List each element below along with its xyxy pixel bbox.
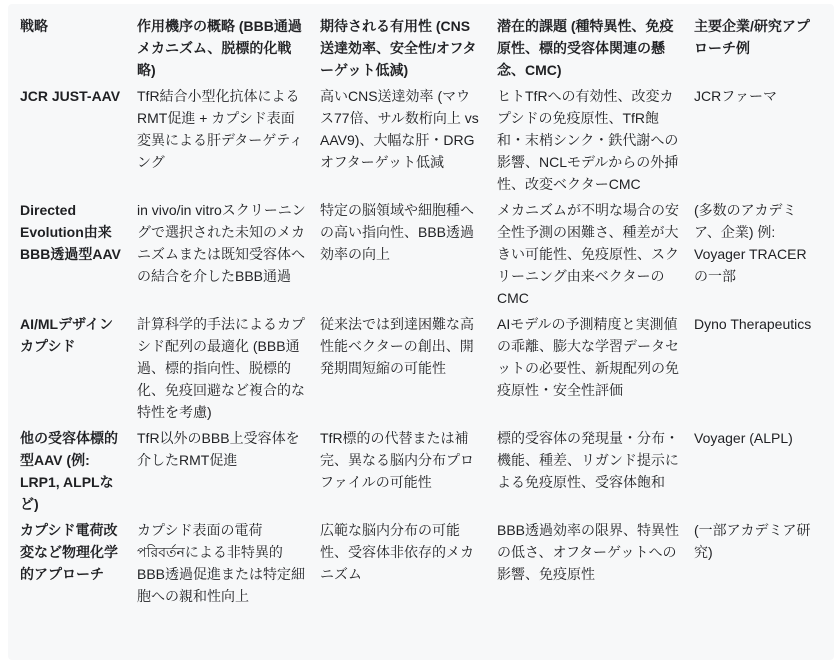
column-header-strategy: 戦略 bbox=[20, 13, 137, 83]
table-row: JCR JUST-AAV TfR結合小型化抗体によるRMT促進 + カプシド表面… bbox=[20, 83, 834, 197]
table-row: カプシド電荷改変など物理化学的アプローチ カプシド表面の電荷পরিবর্তনによ… bbox=[20, 517, 834, 609]
table-row: 他の受容体標的型AAV (例: LRP1, ALPLなど) TfR以外のBBB上… bbox=[20, 425, 834, 517]
table-header-row: 戦略 作用機序の概略 (BBB通過メカニズム、脱標的化戦略) 期待される有用性 … bbox=[20, 13, 834, 83]
column-header-utility: 期待される有用性 (CNS送達効率、安全性/オフターゲット低減) bbox=[320, 13, 497, 83]
aav-strategy-table: 戦略 作用機序の概略 (BBB通過メカニズム、脱標的化戦略) 期待される有用性 … bbox=[20, 13, 834, 609]
cell-challenges: メカニズムが不明な場合の安全性予測の困難さ、種差が大きい可能性、免疫原性、スクリ… bbox=[497, 197, 694, 311]
cell-challenges: AIモデルの予測精度と実測値の乖離、膨大な学習データセットの必要性、新規配列の免… bbox=[497, 311, 694, 425]
cell-utility: 高いCNS送達効率 (マウス77倍、サル数桁向上 vs AAV9)、大幅な肝・D… bbox=[320, 83, 497, 197]
cell-mechanism: カプシド表面の電荷পরিবর্তনによる非特異的BBB透過促進または特定細胞への… bbox=[137, 517, 320, 609]
cell-examples: Voyager (ALPL) bbox=[694, 425, 834, 517]
cell-examples: JCRファーマ bbox=[694, 83, 834, 197]
column-header-mechanism: 作用機序の概略 (BBB通過メカニズム、脱標的化戦略) bbox=[137, 13, 320, 83]
row-header-strategy: AI/MLデザインカプシド bbox=[20, 311, 137, 425]
cell-examples: Dyno Therapeutics bbox=[694, 311, 834, 425]
cell-utility: 広範な脳内分布の可能性、受容体非依存的メカニズム bbox=[320, 517, 497, 609]
cell-mechanism: 計算科学的手法によるカプシド配列の最適化 (BBB通過、標的指向性、脱標的化、免… bbox=[137, 311, 320, 425]
row-header-strategy: カプシド電荷改変など物理化学的アプローチ bbox=[20, 517, 137, 609]
row-header-strategy: Directed Evolution由来 BBB透過型AAV bbox=[20, 197, 137, 311]
cell-mechanism: in vivo/in vitroスクリーニングで選択された未知のメカニズムまたは… bbox=[137, 197, 320, 311]
row-header-strategy: JCR JUST-AAV bbox=[20, 83, 137, 197]
table-row: AI/MLデザインカプシド 計算科学的手法によるカプシド配列の最適化 (BBB通… bbox=[20, 311, 834, 425]
table-row: Directed Evolution由来 BBB透過型AAV in vivo/i… bbox=[20, 197, 834, 311]
cell-challenges: BBB透過効率の限界、特異性の低さ、オフターゲットへの影響、免疫原性 bbox=[497, 517, 694, 609]
cell-examples: (一部アカデミア研究) bbox=[694, 517, 834, 609]
cell-mechanism: TfR結合小型化抗体によるRMT促進 + カプシド表面変異による肝デターゲティン… bbox=[137, 83, 320, 197]
cell-mechanism: TfR以外のBBB上受容体を介したRMT促進 bbox=[137, 425, 320, 517]
cell-utility: 特定の脳領域や細胞種への高い指向性、BBB透過効率の向上 bbox=[320, 197, 497, 311]
strategy-table-panel: 戦略 作用機序の概略 (BBB通過メカニズム、脱標的化戦略) 期待される有用性 … bbox=[8, 4, 834, 660]
cell-utility: 従来法では到達困難な高性能ベクターの創出、開発期間短縮の可能性 bbox=[320, 311, 497, 425]
cell-challenges: 標的受容体の発現量・分布・機能、種差、リガンド提示による免疫原性、受容体飽和 bbox=[497, 425, 694, 517]
column-header-challenges: 潜在的課題 (種特異性、免疫原性、標的受容体関連の懸念、CMC) bbox=[497, 13, 694, 83]
cell-challenges: ヒトTfRへの有効性、改変カプシドの免疫原性、TfR飽和・末梢シンク・鉄代謝への… bbox=[497, 83, 694, 197]
column-header-examples: 主要企業/研究アプローチ例 bbox=[694, 13, 834, 83]
cell-utility: TfR標的の代替または補完、異なる脳内分布プロファイルの可能性 bbox=[320, 425, 497, 517]
cell-examples: (多数のアカデミア、企業) 例: Voyager TRACERの一部 bbox=[694, 197, 834, 311]
row-header-strategy: 他の受容体標的型AAV (例: LRP1, ALPLなど) bbox=[20, 425, 137, 517]
